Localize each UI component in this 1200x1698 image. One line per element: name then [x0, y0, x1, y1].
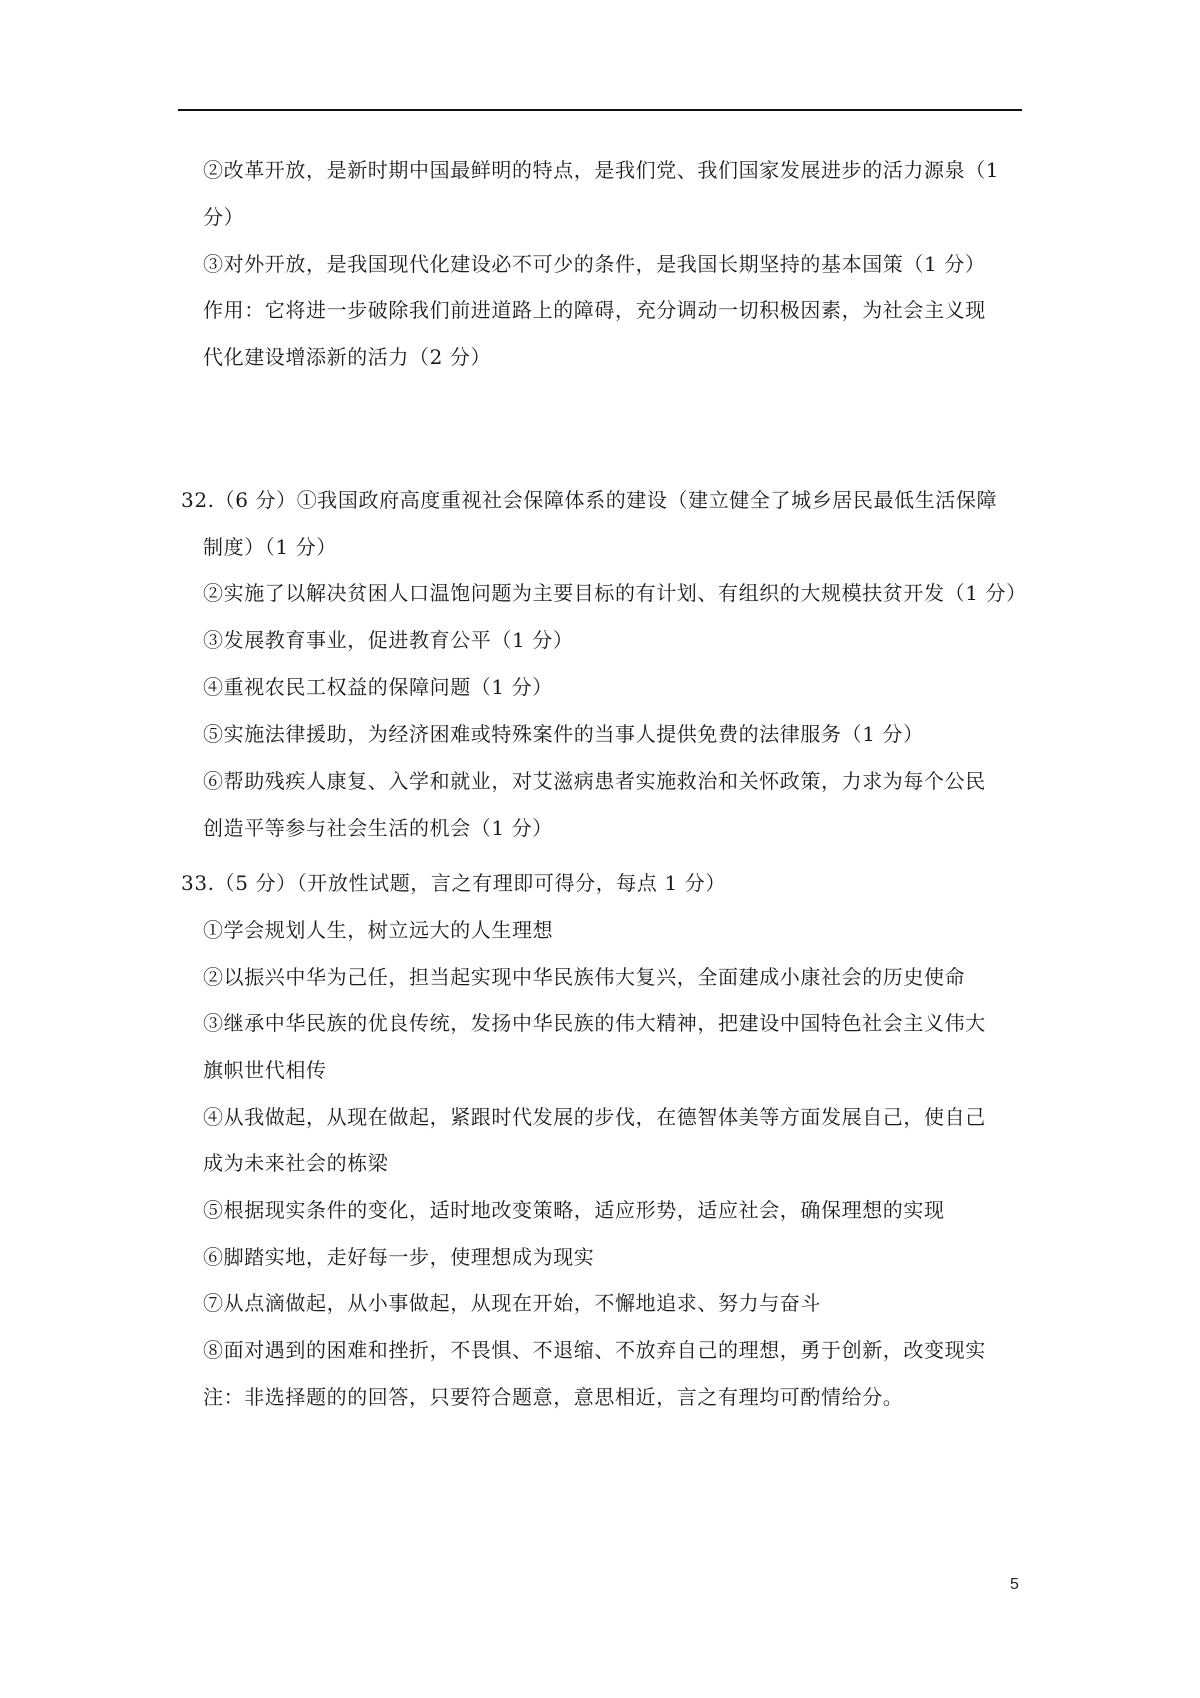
- answer-31-item-3: ③对外开放，是我国现代化建设必不可少的条件，是我国长期坚持的基本国策（1 分）: [203, 252, 985, 276]
- answer-32-item-6-cont: 创造平等参与社会生活的机会（1 分）: [203, 816, 553, 840]
- answer-33-item-5: ⑤根据现实条件的变化，适时地改变策略，适应形势，适应社会，确保理想的实现: [203, 1198, 945, 1222]
- answer-32-heading: 32.（6 分）①我国政府高度重视社会保障体系的建设（建立健全了城乡居民最低生活…: [181, 488, 997, 512]
- answer-33-item-1: ①学会规划人生，树立远大的人生理想: [203, 918, 553, 942]
- answer-33-item-8: ⑧面对遇到的困难和挫折，不畏惧、不退缩、不放弃自己的理想，勇于创新，改变现实: [203, 1338, 986, 1362]
- answer-31-effect-cont: 代化建设增添新的活力（2 分）: [203, 345, 491, 369]
- answer-32-item-4: ④重视农民工权益的保障问题（1 分）: [203, 675, 553, 699]
- answer-33-item-4: ④从我做起，从现在做起，紧跟时代发展的步伐，在德智体美等方面发展自己，使自己: [203, 1105, 986, 1129]
- answer-31-item-2: ②改革开放，是新时期中国最鲜明的特点，是我们党、我们国家发展进步的活力源泉（1: [203, 158, 999, 182]
- answer-33-item-3-cont: 旗帜世代相传: [203, 1058, 327, 1082]
- answer-33-item-4-cont: 成为未来社会的栋梁: [203, 1151, 388, 1175]
- header-rule: [178, 109, 1022, 111]
- answer-32-item-1-cont: 制度）（1 分）: [203, 535, 337, 559]
- answer-32-item-3: ③发展教育事业，促进教育公平（1 分）: [203, 628, 573, 652]
- answer-31-effect: 作用：它将进一步破除我们前进道路上的障碍，充分调动一切积极因素，为社会主义现: [203, 298, 986, 322]
- answer-33-item-7: ⑦从点滴做起，从小事做起，从现在开始，不懈地追求、努力与奋斗: [203, 1291, 821, 1315]
- answer-33-heading: 33.（5 分）（开放性试题，言之有理即可得分，每点 1 分）: [181, 871, 726, 895]
- answer-33-item-2: ②以振兴中华为己任，担当起实现中华民族伟大复兴，全面建成小康社会的历史使命: [203, 965, 965, 989]
- answer-33-item-6: ⑥脚踏实地，走好每一步，使理想成为现实: [203, 1245, 594, 1269]
- answer-31-item-2-cont: 分）: [203, 205, 244, 229]
- answer-32-item-6: ⑥帮助残疾人康复、入学和就业，对艾滋病患者实施救治和关怀政策，力求为每个公民: [203, 769, 986, 793]
- grading-note: 注：非选择题的的回答，只要符合题意，意思相近，言之有理均可酌情给分。: [203, 1385, 903, 1409]
- answer-33-item-3: ③继承中华民族的优良传统，发扬中华民族的伟大精神，把建设中国特色社会主义伟大: [203, 1011, 986, 1035]
- page-number: 5: [1010, 1576, 1019, 1594]
- answer-32-item-2: ②实施了以解决贫困人口温饱问题为主要目标的有计划、有组织的大规模扶贫开发（1 分…: [203, 581, 1027, 605]
- answer-32-item-5: ⑤实施法律援助，为经济困难或特殊案件的当事人提供免费的法律服务（1 分）: [203, 722, 924, 746]
